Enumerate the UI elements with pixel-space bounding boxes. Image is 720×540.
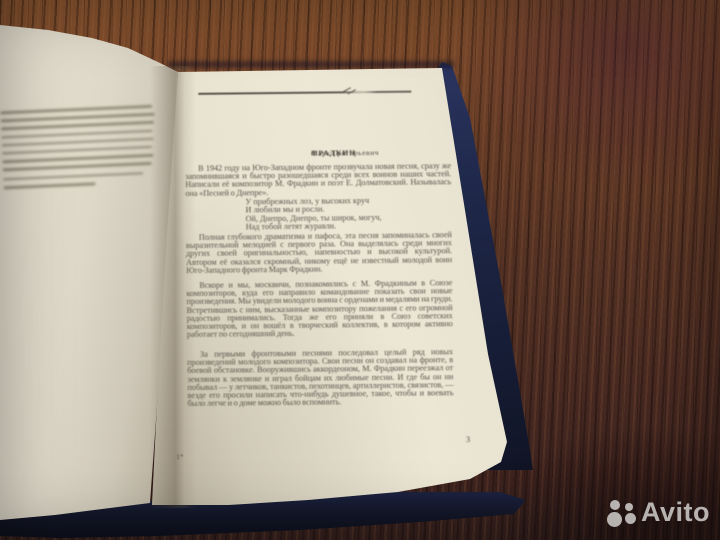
page-heading: Марк Григорьевич ФРАДКИН: [185, 147, 437, 150]
second-paragraph: Полная глубокого драматизма и пафоса, эт…: [186, 231, 452, 275]
intro-paragraph: В 1942 году на Юго-Западном фронте прозв…: [185, 162, 451, 198]
page-top-edge-shadow: [168, 61, 454, 68]
avito-wordmark: Avito: [641, 499, 710, 526]
third-paragraph: Вскоре и мы, москвичи, познакомились с М…: [186, 279, 453, 339]
left-page-blurred-text: [0, 105, 159, 195]
avito-logo-icon: [606, 496, 638, 529]
right-page-content: Марк Григорьевич ФРАДКИН В 1942 году на …: [184, 61, 455, 512]
verse-block: У прибрежных лоз, у высоких круч И любил…: [245, 196, 435, 232]
photo-of-open-book: Марк Григорьевич ФРАДКИН В 1942 году на …: [0, 0, 720, 540]
footnote-mark: 1*: [176, 452, 184, 461]
wood-shadow-top-right: [455, 0, 720, 190]
page-number: 3: [466, 434, 470, 444]
avito-watermark: Avito: [606, 496, 710, 529]
fourth-paragraph: За первыми фронтовыми песнями последовал…: [187, 348, 454, 408]
heading-surname: ФРАДКИН: [311, 148, 356, 157]
decorative-rule: [198, 91, 411, 95]
rule-ornament-icon: [342, 87, 356, 95]
